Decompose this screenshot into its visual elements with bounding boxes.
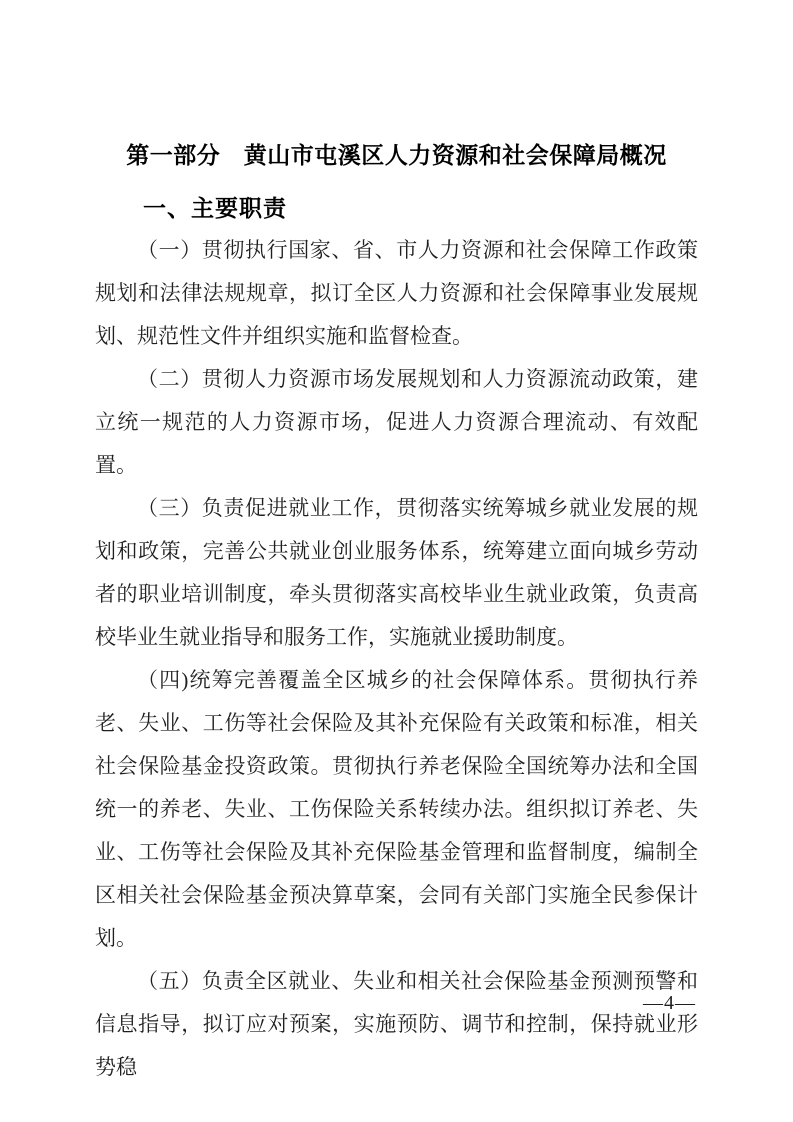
- paragraph-duty-4: （四)统筹完善覆盖全区城乡的社会保障体系。贯彻执行养老、失业、工伤等社会保险及其…: [95, 659, 698, 960]
- document-page: 第一部分 黄山市屯溪区人力资源和社会保障局概况 一、主要职责 （一）贯彻执行国家…: [0, 0, 793, 1122]
- section-heading: 一、主要职责: [143, 192, 287, 224]
- paragraph-duty-3: （三）负责促进就业工作，贯彻落实统筹城乡就业发展的规划和政策，完善公共就业创业服…: [95, 487, 698, 659]
- paragraph-duty-2: （二）贯彻人力资源市场发展规划和人力资源流动政策，建立统一规范的人力资源市场，促…: [95, 358, 698, 487]
- page-number: —4—: [643, 991, 696, 1015]
- document-body: （一）贯彻执行国家、省、市人力资源和社会保障工作政策规划和法律法规规章，拟订全区…: [95, 229, 698, 1089]
- paragraph-duty-5: （五）负责全区就业、失业和相关社会保险基金预测预警和信息指导，拟订应对预案，实施…: [95, 960, 698, 1089]
- document-title: 第一部分 黄山市屯溪区人力资源和社会保障局概况: [0, 140, 793, 170]
- paragraph-duty-1: （一）贯彻执行国家、省、市人力资源和社会保障工作政策规划和法律法规规章，拟订全区…: [95, 229, 698, 358]
